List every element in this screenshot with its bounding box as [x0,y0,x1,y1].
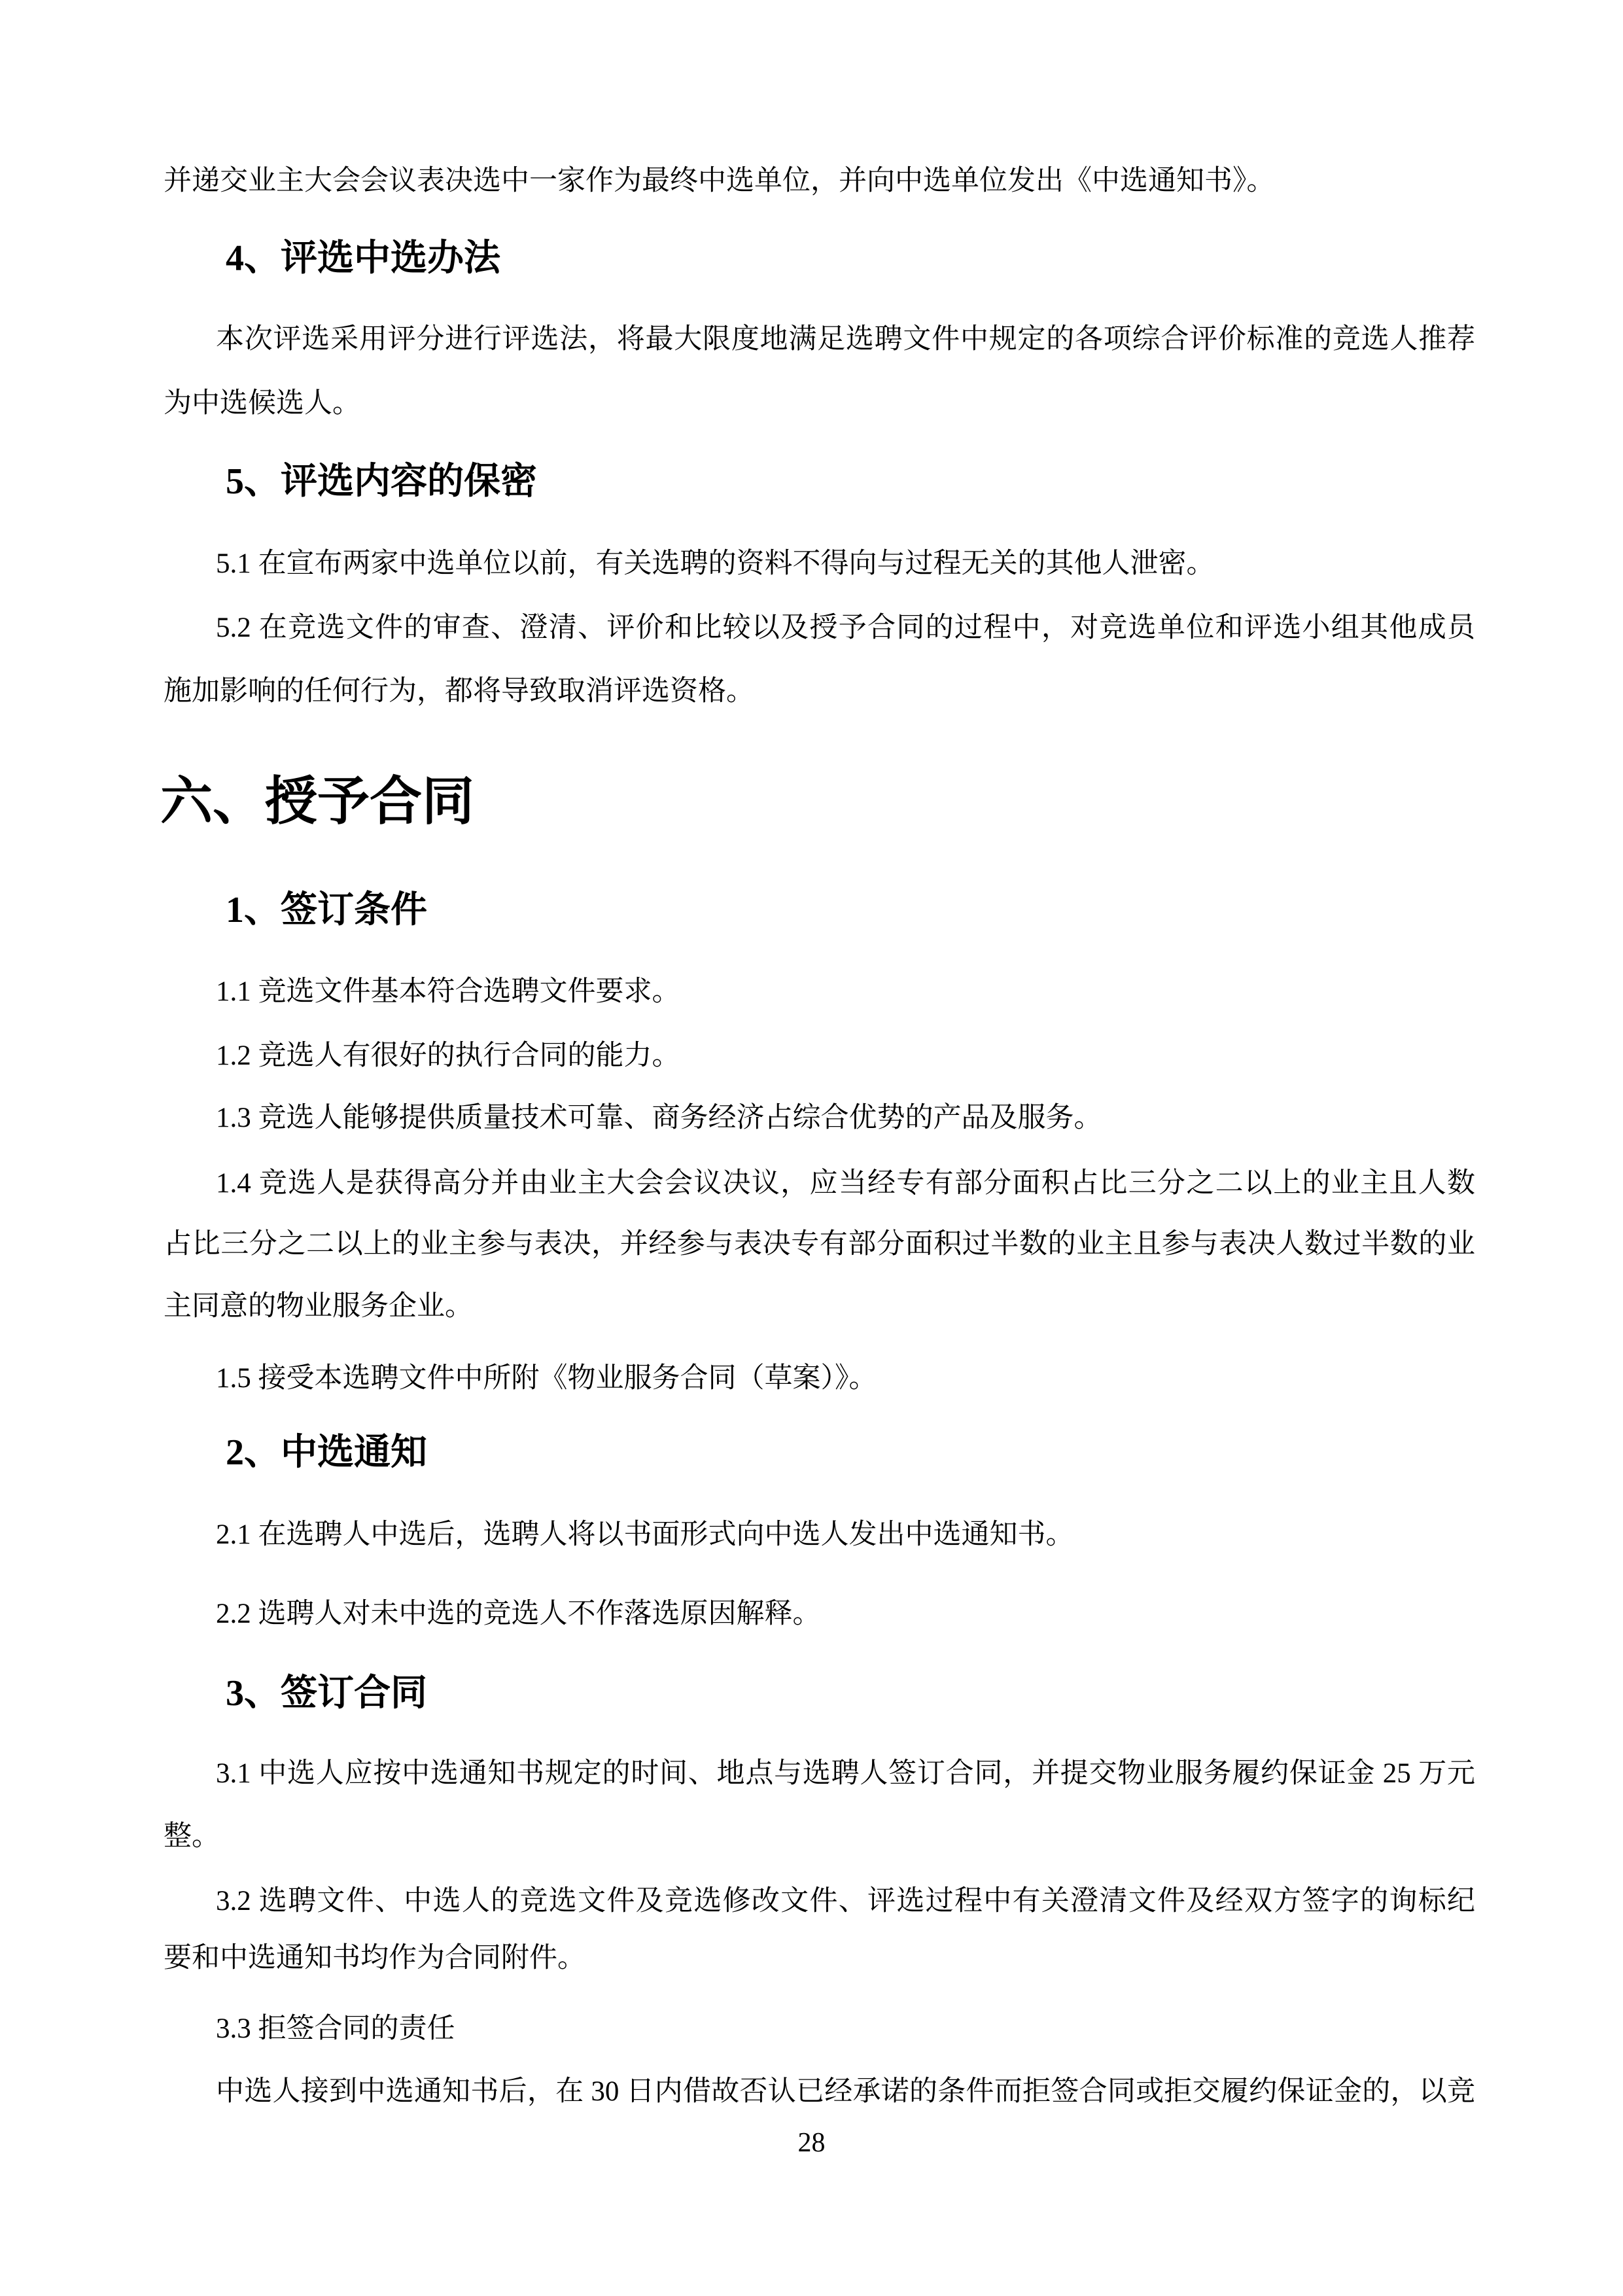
paragraph-continuation-line: 并递交业主大会会议表决选中一家作为最终中选单位，并向中选单位发出《中选通知书》。 [164,165,1475,197]
para-3-2-line-1: 3.2 选聘文件、中选人的竞选文件及竞选修改文件、评选过程中有关澄清文件及经双方… [164,1885,1475,1917]
para-5-2-line-1: 5.2 在竞选文件的审查、澄清、评价和比较以及授予合同的过程中，对竞选单位和评选… [164,612,1475,644]
para-1-5: 1.5 接受本选聘文件中所附《物业服务合同（草案）》。 [164,1362,1475,1394]
para-1-4-line-1: 1.4 竞选人是获得高分并由业主大会会议决议，应当经专有部分面积占比三分之二以上… [164,1167,1475,1199]
heading-6-2-award-notice: 2、中选通知 [226,1434,427,1472]
heading-5-confidentiality: 5、评选内容的保密 [226,463,537,501]
document-page: 并递交业主大会会议表决选中一家作为最终中选单位，并向中选单位发出《中选通知书》。… [0,0,1623,2296]
heading-chapter-6-contract-award: 六、授予合同 [160,775,474,830]
para-1-3: 1.3 竞选人能够提供质量技术可靠、商务经济占综合优势的产品及服务。 [164,1102,1475,1134]
para-1-4-line-2: 占比三分之二以上的业主参与表决，并经参与表决专有部分面积过半数的业主且参与表决人… [164,1228,1475,1260]
para-1-2: 1.2 竞选人有很好的执行合同的能力。 [164,1040,1475,1072]
para-3-2-line-2: 要和中选通知书均作为合同附件。 [164,1942,1475,1974]
para-5-1: 5.1 在宣布两家中选单位以前，有关选聘的资料不得向与过程无关的其他人泄密。 [164,548,1475,580]
heading-6-3-contract-signing: 3、签订合同 [226,1674,427,1713]
para-3-3-line-1: 中选人接到中选通知书后，在 30 日内借故否认已经承诺的条件而拒签合同或拒交履约… [164,2075,1475,2108]
para-3-3-heading: 3.3 拒签合同的责任 [164,2013,1475,2045]
page-number: 28 [0,2129,1623,2157]
para-3-1-line-2: 整。 [164,1820,1475,1852]
para-5-2-line-2: 施加影响的任何行为，都将导致取消评选资格。 [164,675,1475,707]
para-2-1: 2.1 在选聘人中选后，选聘人将以书面形式向中选人发出中选通知书。 [164,1519,1475,1551]
para-1-1: 1.1 竞选文件基本符合选聘文件要求。 [164,976,1475,1008]
para-section4-line-2: 为中选候选人。 [164,387,1475,419]
para-3-1-line-1: 3.1 中选人应按中选通知书规定的时间、地点与选聘人签订合同，并提交物业服务履约… [164,1757,1475,1790]
para-1-4-line-3: 主同意的物业服务企业。 [164,1290,1475,1322]
heading-6-1-signing-conditions: 1、签订条件 [226,891,427,930]
heading-4-evaluation-selection-method: 4、评选中选办法 [226,239,500,278]
para-section4-line-1: 本次评选采用评分进行评选法，将最大限度地满足选聘文件中规定的各项综合评价标准的竞… [164,323,1475,355]
para-2-2: 2.2 选聘人对未中选的竞选人不作落选原因解释。 [164,1598,1475,1630]
